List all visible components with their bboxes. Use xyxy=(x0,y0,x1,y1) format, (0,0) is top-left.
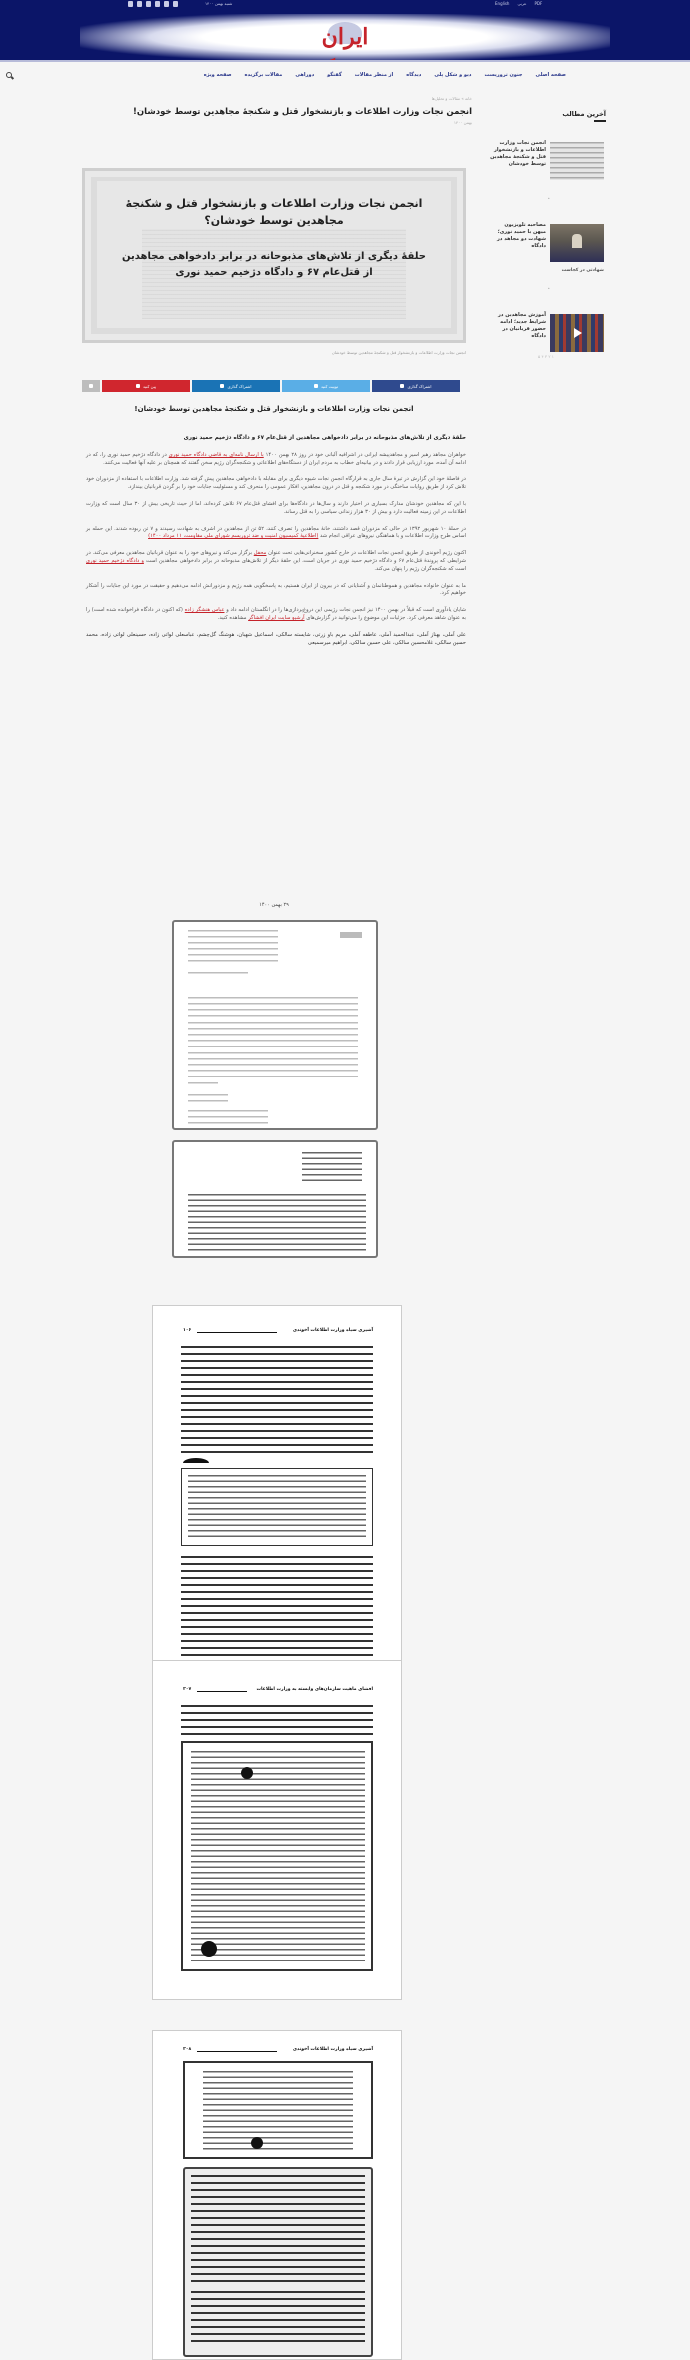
image-caption: انجمن نجات وزارت اطلاعات و بازنشخوار قتل… xyxy=(82,350,466,355)
rss-icon[interactable] xyxy=(155,1,160,7)
book-page-header: آشپزی سیاه وزارت اطلاعات آخوندی ۲۰۸ xyxy=(183,2047,373,2055)
video-thumbnail[interactable] xyxy=(550,224,604,262)
nav-item[interactable]: صفحه ویژه xyxy=(204,72,232,78)
pinterest-icon xyxy=(136,384,140,388)
language-links: English عربی PDF xyxy=(495,1,542,6)
social-links xyxy=(128,1,178,7)
sidebar-post[interactable]: آموزش مجاهدین در شرایط جدید؛ ادامه حضور … xyxy=(486,310,606,370)
share-linkedin-button[interactable]: اشتراک گذاری xyxy=(192,380,280,392)
inline-link[interactable]: آرشیو سایت ایران افشاگر xyxy=(248,615,304,621)
sidebar-title: آخرین مطالب xyxy=(486,110,606,118)
nav-item[interactable]: گفتگو xyxy=(327,72,342,78)
document-image-letter-persian[interactable] xyxy=(170,1138,380,1263)
article-subtitle: انجمن نجات وزارت اطلاعات و بازنشخوار قتل… xyxy=(82,405,466,413)
nav-item-home[interactable]: صفحه اصلی xyxy=(536,72,566,78)
instagram-icon[interactable] xyxy=(128,1,133,7)
document-thumbnail[interactable] xyxy=(550,142,604,180)
twitter-icon xyxy=(314,384,318,388)
current-date: شنبه بهمن ۱۴۰۰ xyxy=(205,1,232,6)
hero-headline: انجمن نجات وزارت اطلاعات و بازنشخوار قتل… xyxy=(97,195,451,229)
search-icon[interactable] xyxy=(6,72,12,78)
nav-item[interactable]: جنون تروریست xyxy=(485,72,523,78)
twitter-icon[interactable] xyxy=(164,1,169,7)
share-facebook-button[interactable]: اشتراک گذاری xyxy=(372,380,460,392)
lang-arabic[interactable]: عربی xyxy=(517,1,526,6)
document-image-book-page[interactable]: آشپزی سیاه وزارت اطلاعات آخوندی ۱۰۶ xyxy=(152,1305,402,1685)
share-email-button[interactable] xyxy=(82,380,100,392)
book-page-header: آشپزی سیاه وزارت اطلاعات آخوندی ۱۰۶ xyxy=(183,1328,373,1336)
inline-link[interactable]: و دادگاه دژخیم حمید نوری xyxy=(86,558,144,564)
telegram-icon[interactable] xyxy=(137,1,142,7)
lang-pdf[interactable]: PDF xyxy=(535,1,543,6)
inline-link[interactable]: عباس هنشگر زاده xyxy=(185,607,225,613)
letter-date: ۲۹ بهمن ۱۴۰۰ xyxy=(82,902,466,908)
inline-link[interactable]: محفل xyxy=(254,550,267,556)
hero-subheadline: حلقهٔ دیگری از تلاش‌های مذبوحانه در براب… xyxy=(97,249,451,281)
paragraph: در فاصلهٔ خود این گزارش در تیرهٔ سال جار… xyxy=(86,476,466,492)
nav-item[interactable]: دیدگاه xyxy=(406,72,421,78)
sidebar-post[interactable]: مصاحبه تلویزیون میهن با حمید نوری؛ شهادت… xyxy=(486,220,606,300)
inline-link[interactable]: با ارسال نامه‌ای به قاضی دادگاه حمید نور… xyxy=(169,452,264,458)
linkedin-icon xyxy=(220,384,224,388)
site-logo[interactable]: ایران افشاگر xyxy=(300,20,390,54)
play-icon xyxy=(574,328,582,338)
paragraph: شایان یادآوری است که قبلاً در بهمن ۱۴۰۰ … xyxy=(86,607,466,623)
document-image-book-page[interactable]: افشای ماهیت سازمان‌های وابسته به وزارت ا… xyxy=(152,1660,402,2000)
article-body: حلقهٔ دیگری از تلاش‌های مذبوحانه در براب… xyxy=(86,435,466,656)
paragraph: با این که مجاهدین خودشان مدارک بسیاری در… xyxy=(86,501,466,517)
nav-item[interactable]: دوراهی xyxy=(295,72,314,78)
top-bar: شنبه بهمن ۱۴۰۰ English عربی PDF xyxy=(0,0,690,10)
share-pinterest-button[interactable]: پین کنید xyxy=(102,380,190,392)
sidebar-post[interactable]: انجمن نجات وزارت اطلاعات و بازنشخوار قتل… xyxy=(486,138,606,198)
crowd-thumbnail[interactable] xyxy=(550,314,604,352)
paragraph: ما به عنوان خانواده مجاهدین و هموطنانمان… xyxy=(86,583,466,599)
masthead: ایران افشاگر xyxy=(0,10,690,60)
paragraph: خواهران مجاهد رهبر اسیر و مجاهدپیشه ایرا… xyxy=(86,452,466,468)
nav-item[interactable]: دیو و شکل پلی xyxy=(434,72,471,78)
document-image-letter[interactable] xyxy=(170,918,380,1133)
facebook-icon[interactable] xyxy=(173,1,178,7)
signatories: علی آملی، بهناز آملی، عبدالحمید آملی، عا… xyxy=(86,632,466,648)
facebook-icon xyxy=(400,384,404,388)
sidebar-latest-posts: آخرین مطالب انجمن نجات وزارت اطلاعات و ب… xyxy=(486,110,606,122)
book-page-header: افشای ماهیت سازمان‌های وابسته به وزارت ا… xyxy=(183,1687,373,1695)
share-twitter-button[interactable]: توییت کنید xyxy=(282,380,370,392)
paragraph: در حملهٔ ۱۰ شهریور ۱۳۹۲ در حالی که مزدور… xyxy=(86,526,466,542)
page-title: انجمن نجات وزارت اطلاعات و بازنشخوار قتل… xyxy=(82,106,472,118)
article-date: بهمن ۱۴۰۰ xyxy=(82,120,472,130)
nav-item[interactable]: مقالات برگزیده xyxy=(245,72,283,78)
lang-english[interactable]: English xyxy=(495,1,509,6)
document-image-book-page[interactable]: آشپزی سیاه وزارت اطلاعات آخوندی ۲۰۸ xyxy=(152,2030,402,2360)
nav-item[interactable]: از منظر مقالات xyxy=(355,72,394,78)
article-header: خانه » مقالات و تحلیل‌ها انجمن نجات وزار… xyxy=(82,96,472,130)
share-bar: پین کنید اشتراک گذاری توییت کنید اشتراک … xyxy=(82,380,466,392)
paragraph: اکنون رژیم آخوندی از طریق انجمن نجات اطل… xyxy=(86,550,466,573)
main-nav: صفحه اصلی جنون تروریست دیو و شکل پلی دید… xyxy=(0,62,690,94)
inline-link[interactable]: (اطلاعیهٔ کمیسیون امنیت و ضد تروریسم شور… xyxy=(148,533,318,539)
mail-icon xyxy=(89,384,93,388)
lead-paragraph: حلقهٔ دیگری از تلاش‌های مذبوحانه در براب… xyxy=(86,435,466,443)
hero-image: انجمن نجات وزارت اطلاعات و بازنشخوار قتل… xyxy=(82,168,466,343)
youtube-icon[interactable] xyxy=(146,1,151,7)
breadcrumb[interactable]: خانه » مقالات و تحلیل‌ها xyxy=(82,96,472,104)
sidebar-pagination[interactable]: ۱ ۲ ۳ ۴ ۵ xyxy=(486,354,606,359)
